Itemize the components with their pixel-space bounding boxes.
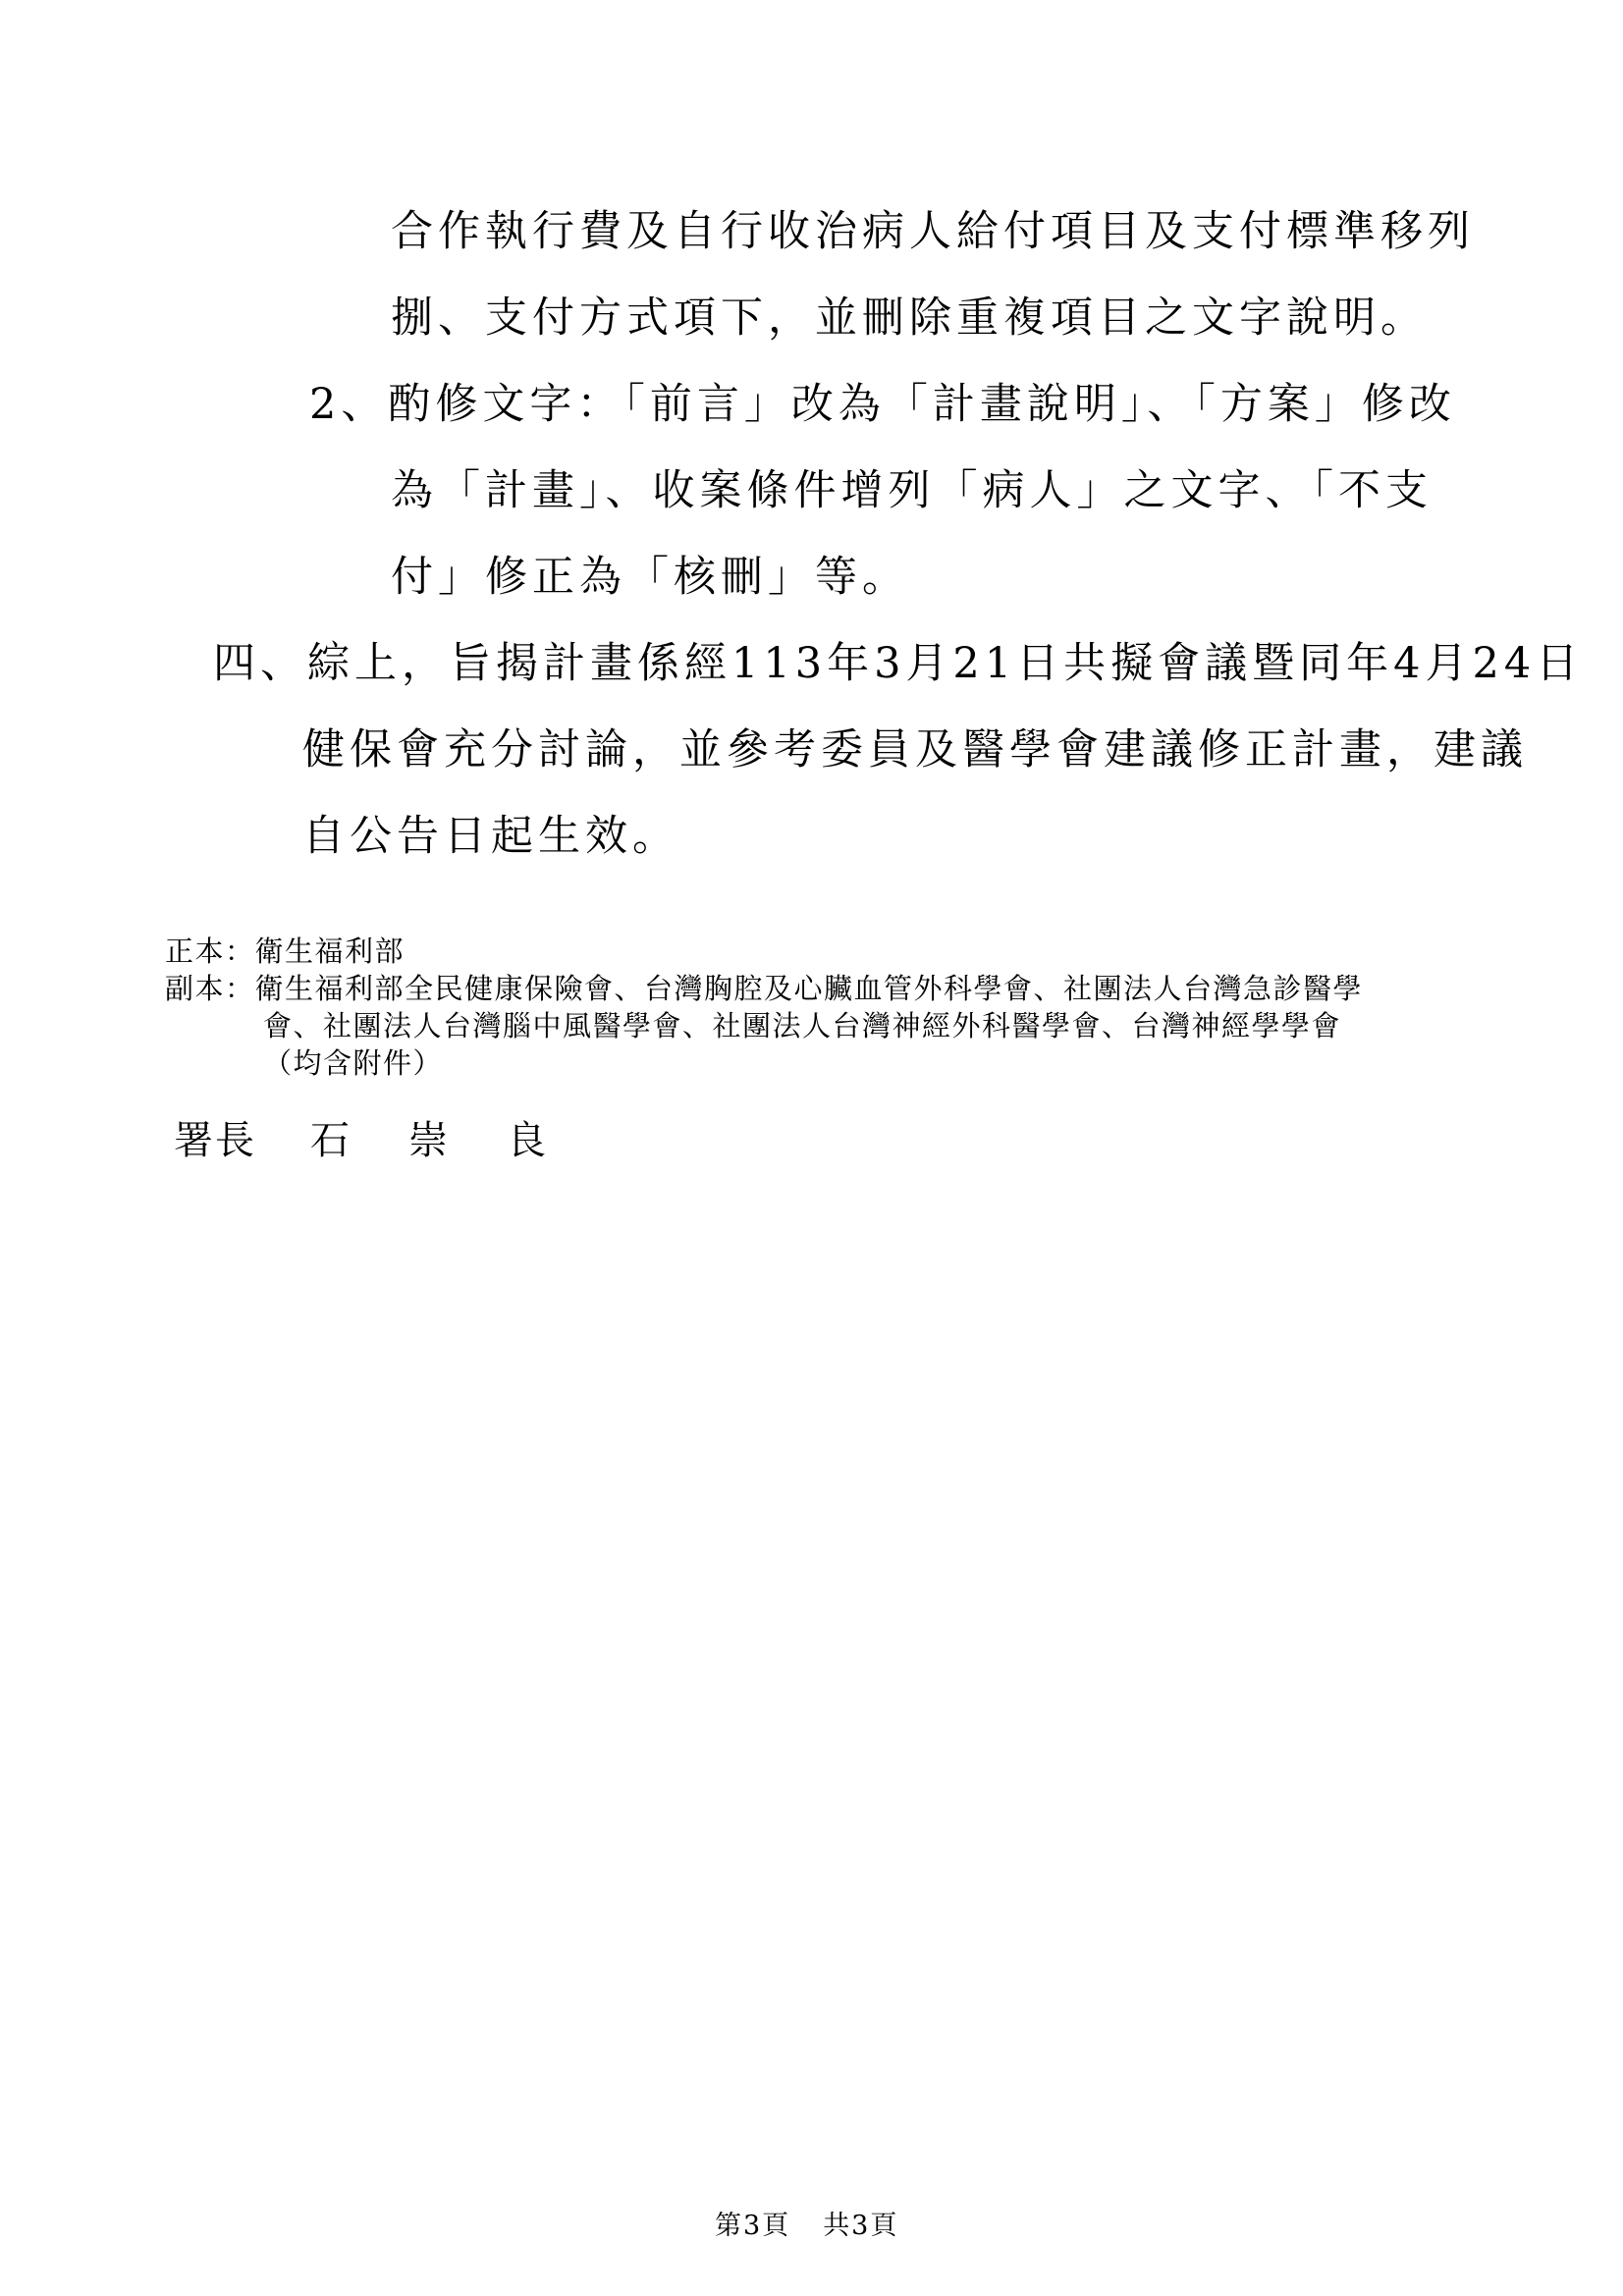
body-line-6: 四、綜上，旨揭計畫係經113年3月21日共擬會議暨同年4月24日 <box>0 620 1623 707</box>
copy-recipient-value-2: 會、社團法人台灣腦中風醫學會、社團法人台灣神經外科醫學會、台灣神經學學會 <box>263 1009 1341 1042</box>
signer-name: 石 崇 良 <box>310 1118 556 1163</box>
body-line-8: 自公告日起生效。 <box>0 793 1623 880</box>
body-text: 合作執行費及自行收治病人給付項目及支付標準移列 捌、支付方式項下，並刪除重複項目… <box>0 188 1623 880</box>
original-recipient-value: 衛生福利部 <box>255 934 406 968</box>
copy-recipient-row-2: 會、社團法人台灣腦中風醫學會、社團法人台灣神經外科醫學會、台灣神經學學會 <box>0 1007 1623 1044</box>
body-line-5: 付」修正為「核刪」等。 <box>0 534 1623 620</box>
body-line-1: 合作執行費及自行收治病人給付項目及支付標準移列 <box>0 188 1623 275</box>
copy-recipient-label: 副本： <box>165 972 255 1005</box>
original-recipient-label: 正本： <box>165 934 255 968</box>
body-line-3: 2、酌修文字：「前言」改為「計畫說明」、「方案」修改 <box>0 361 1623 448</box>
copy-recipient-attachment-note: （均含附件） <box>263 1046 443 1080</box>
body-line-7: 健保會充分討論，並參考委員及醫學會建議修正計畫，建議 <box>0 707 1623 793</box>
footer-total-pages: 共3頁 <box>823 2211 898 2241</box>
distribution-block: 正本：衛生福利部 副本：衛生福利部全民健康保險會、台灣胸腔及心臟血管外科學會、社… <box>0 933 1623 1082</box>
page-footer: 第3頁共3頁 <box>715 2207 898 2246</box>
signature-line: 署長石 崇 良 <box>174 1115 556 1166</box>
copy-recipient-value-1: 衛生福利部全民健康保險會、台灣胸腔及心臟血管外科學會、社團法人台灣急診醫學 <box>255 972 1364 1005</box>
footer-page-number: 第3頁 <box>715 2211 790 2241</box>
body-line-2: 捌、支付方式項下，並刪除重複項目之文字說明。 <box>0 275 1623 361</box>
signer-title: 署長 <box>174 1118 256 1163</box>
original-recipient-row: 正本：衛生福利部 <box>0 933 1623 970</box>
copy-recipient-row-1: 副本：衛生福利部全民健康保險會、台灣胸腔及心臟血管外科學會、社團法人台灣急診醫學 <box>0 970 1623 1007</box>
document-page: 合作執行費及自行收治病人給付項目及支付標準移列 捌、支付方式項下，並刪除重複項目… <box>0 0 1623 2296</box>
body-line-4: 為「計畫」、收案條件增列「病人」之文字、「不支 <box>0 448 1623 534</box>
copy-recipient-row-3: （均含附件） <box>0 1044 1623 1082</box>
